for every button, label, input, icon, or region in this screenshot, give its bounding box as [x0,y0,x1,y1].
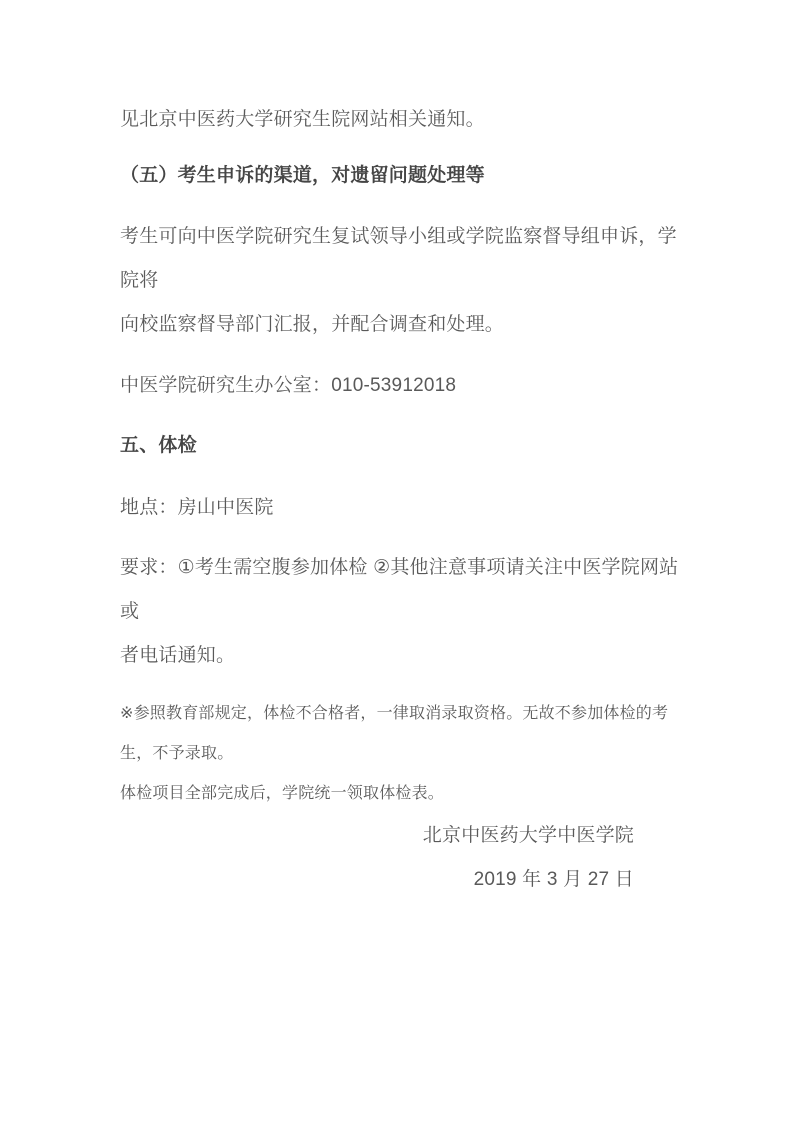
text-line: 体检项目全部完成后，学院统一领取体检表。 [120,774,680,814]
paragraph-exam-requirements: 要求：①考生需空腹参加体检 ②其他注意事项请关注中医学院网站或 者电话通知。 [120,546,680,678]
paragraph-exam-note: ※参照教育部规定，体检不合格者，一律取消录取资格。无故不参加体检的考生，不予录取… [120,694,680,814]
paragraph-office-phone: 中医学院研究生办公室：010-53912018 [120,364,680,408]
text-line: 要求：①考生需空腹参加体检 ②其他注意事项请关注中医学院网站或 [120,546,680,634]
text-line: 向校监察督导部门汇报，并配合调查和处理。 [120,303,680,347]
date-line: 2019 年 3 月 27 日 [120,858,680,902]
heading-section-physical-exam: 五、体检 [120,424,680,468]
document-page: 见北京中医药大学研究生院网站相关通知。 （五）考生申诉的渠道，对遗留问题处理等 … [0,0,800,1131]
paragraph-website-notice: 见北京中医药大学研究生院网站相关通知。 [120,98,680,142]
paragraph-exam-location: 地点：房山中医院 [120,486,680,530]
text-line: 考生可向中医学院研究生复试领导小组或学院监察督导组申诉，学院将 [120,215,680,303]
text-line: 者电话通知。 [120,634,680,678]
signature-line: 北京中医药大学中医学院 [120,814,680,858]
heading-section-five-appeal: （五）考生申诉的渠道，对遗留问题处理等 [120,154,680,198]
text-line: ※参照教育部规定，体检不合格者，一律取消录取资格。无故不参加体检的考生，不予录取… [120,694,680,774]
paragraph-appeal-channel: 考生可向中医学院研究生复试领导小组或学院监察督导组申诉，学院将 向校监察督导部门… [120,215,680,347]
